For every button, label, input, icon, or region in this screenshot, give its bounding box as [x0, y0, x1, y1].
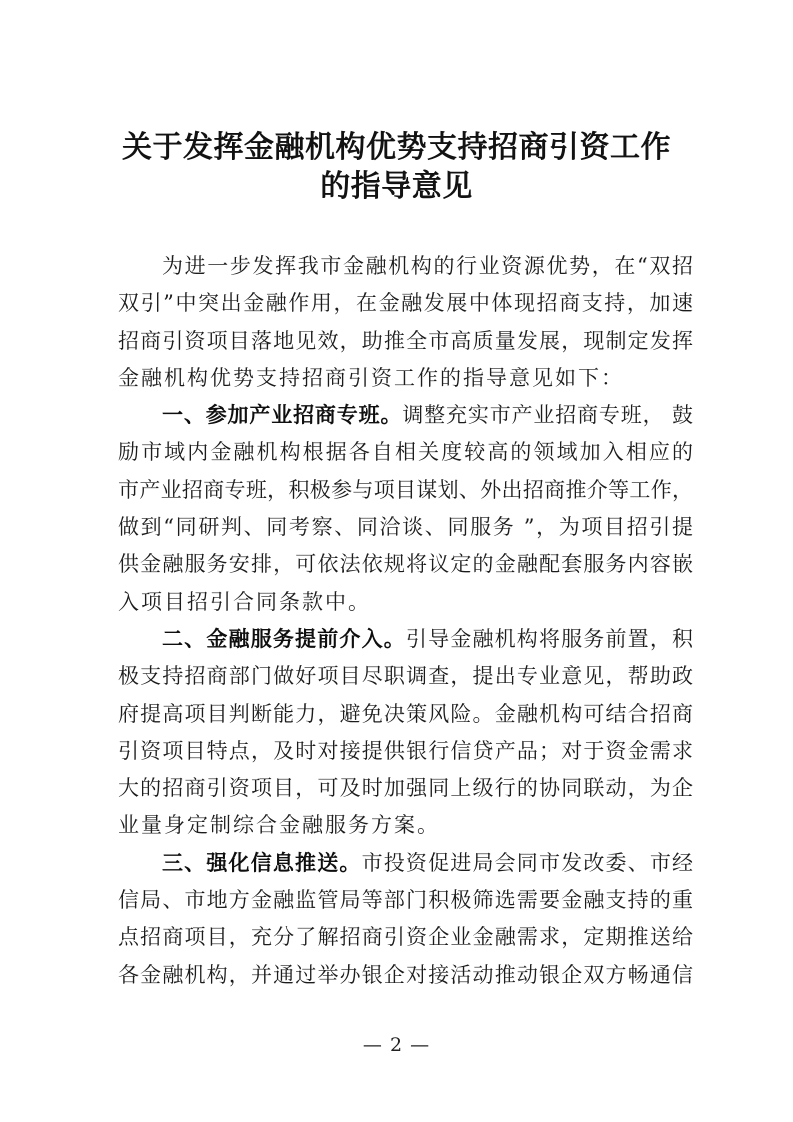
text-line: 引资项目特点，及时对接提供银行信贷产品；对于资金需求 — [118, 733, 693, 770]
text-line: 大的招商引资项目，可及时加强同上级行的协同联动，为企 — [118, 770, 693, 807]
text-run: 入项目招引合同条款中。 — [118, 590, 371, 614]
text-line: 供金融服务安排，可依法依规将议定的金融配套服务内容嵌 — [118, 546, 693, 583]
text-run: 调整充实市产业招商专班， 鼓 — [402, 403, 693, 427]
text-run: 各金融机构，并通过举办银企对接活动推动银企双方畅通信 — [118, 963, 693, 987]
paragraph-section-1: 一、参加产业招商专班。调整充实市产业招商专班， 鼓 励市域内金融机构根据各自相关… — [118, 397, 693, 621]
text-line: 一、参加产业招商专班。调整充实市产业招商专班， 鼓 — [118, 397, 693, 434]
text-line: 招商引资项目落地见效，助推全市高质量发展，现制定发挥 — [118, 323, 693, 360]
document-title: 关于发挥金融机构优势支持招商引资工作 的指导意见 — [0, 128, 793, 206]
text-line: 市产业招商专班，积极参与项目谋划、外出招商推介等工作， — [118, 472, 693, 509]
text-line: 府提高项目判断能力，避免决策风险。金融机构可结合招商 — [118, 696, 693, 733]
text-run: 点招商项目，充分了解招商引资企业金融需求，定期推送给 — [118, 925, 693, 949]
text-run: 引资项目特点，及时对接提供银行信贷产品；对于资金需求 — [118, 739, 693, 763]
text-line: 极支持招商部门做好项目尽职调查，提出专业意见，帮助政 — [118, 658, 693, 695]
text-run: 极支持招商部门做好项目尽职调查，提出专业意见，帮助政 — [118, 664, 693, 688]
text-run: 府提高项目判断能力，避免决策风险。金融机构可结合招商 — [118, 702, 693, 726]
text-line: 各金融机构，并通过举办银企对接活动推动银企双方畅通信 — [118, 957, 693, 994]
text-line: 入项目招引合同条款中。 — [118, 584, 693, 621]
text-run: 励市域内金融机构根据各自相关度较高的领域加入相应的 — [118, 440, 693, 464]
text-run: 招商引资项目落地见效，助推全市高质量发展，现制定发挥 — [118, 329, 693, 353]
text-run: 供金融服务安排，可依法依规将议定的金融配套服务内容嵌 — [118, 552, 693, 576]
text-line: 做到“同研判、同考察、同洽谈、同服务 ”，为项目招引提 — [118, 509, 693, 546]
text-line: 为进一步发挥我市金融机构的行业资源优势，在“双招 — [118, 248, 693, 285]
section-2-heading: 二、金融服务提前介入。 — [162, 628, 406, 651]
text-run: 业量身定制综合金融服务方案。 — [118, 813, 440, 837]
paragraph-section-2: 二、金融服务提前介入。引导金融机构将服务前置，积 极支持招商部门做好项目尽职调查… — [118, 621, 693, 845]
text-line: 双引”中突出金融作用，在金融发展中体现招商支持，加速 — [118, 285, 693, 322]
paragraph-section-3: 三、强化信息推送。市投资促进局会同市发改委、市经 信局、市地方金融监管局等部门积… — [118, 845, 693, 994]
section-1-heading: 一、参加产业招商专班。 — [162, 404, 402, 427]
text-run: 市投资促进局会同市发改委、市经 — [362, 851, 693, 875]
text-run: 做到“同研判、同考察、同洽谈、同服务 ”，为项目招引提 — [118, 515, 693, 539]
text-line: 信局、市地方金融监管局等部门积极筛选需要金融支持的重 — [118, 882, 693, 919]
text-run: 引导金融机构将服务前置，积 — [406, 627, 693, 651]
text-line: 二、金融服务提前介入。引导金融机构将服务前置，积 — [118, 621, 693, 658]
text-run: 大的招商引资项目，可及时加强同上级行的协同联动，为企 — [118, 776, 693, 800]
text-run: 信局、市地方金融监管局等部门积极筛选需要金融支持的重 — [118, 888, 693, 912]
document-body: 为进一步发挥我市金融机构的行业资源优势，在“双招 双引”中突出金融作用，在金融发… — [118, 248, 693, 994]
text-line: 三、强化信息推送。市投资促进局会同市发改委、市经 — [118, 845, 693, 882]
text-line: 励市域内金融机构根据各自相关度较高的领域加入相应的 — [118, 434, 693, 471]
section-3-heading: 三、强化信息推送。 — [162, 852, 362, 875]
title-line-1: 关于发挥金融机构优势支持招商引资工作 — [0, 128, 793, 167]
text-line: 点招商项目，充分了解招商引资企业金融需求，定期推送给 — [118, 919, 693, 956]
document-page: 关于发挥金融机构优势支持招商引资工作 的指导意见 为进一步发挥我市金融机构的行业… — [0, 0, 793, 1122]
text-line: 业量身定制综合金融服务方案。 — [118, 807, 693, 844]
text-line: 金融机构优势支持招商引资工作的指导意见如下： — [118, 360, 693, 397]
text-run: 为进一步发挥我市金融机构的行业资源优势，在“双招 — [162, 254, 693, 278]
text-run: 市产业招商专班，积极参与项目谋划、外出招商推介等工作， — [118, 478, 693, 502]
text-run: 双引”中突出金融作用，在金融发展中体现招商支持，加速 — [118, 291, 693, 315]
title-line-2: 的指导意见 — [0, 167, 793, 206]
paragraph-intro: 为进一步发挥我市金融机构的行业资源优势，在“双招 双引”中突出金融作用，在金融发… — [118, 248, 693, 397]
text-run: 金融机构优势支持招商引资工作的指导意见如下： — [118, 366, 624, 390]
page-number: — 2 — — [0, 1034, 793, 1056]
